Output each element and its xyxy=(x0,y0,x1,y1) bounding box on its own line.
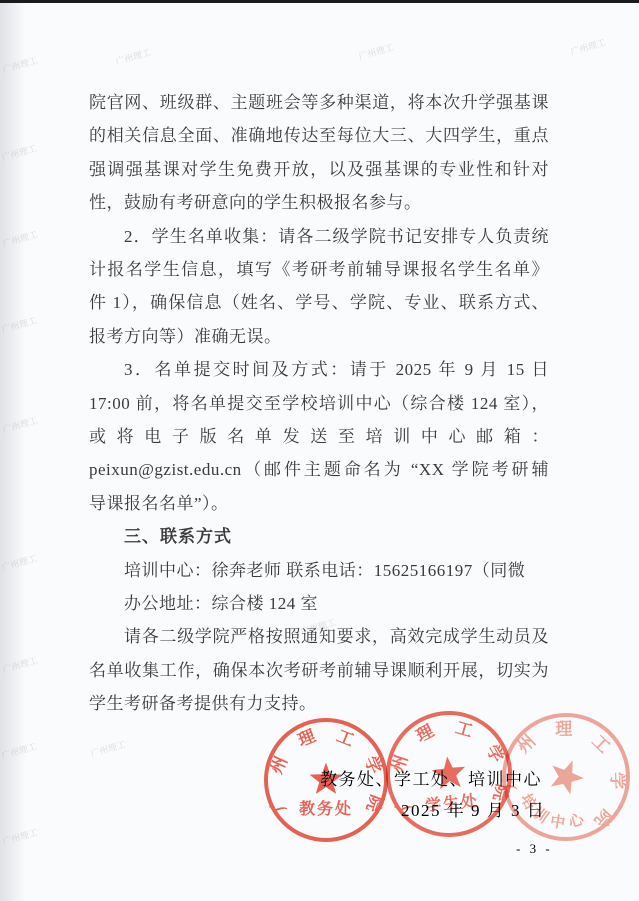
document-line: 学生考研备考提供有力支持。 xyxy=(89,691,549,718)
scanned-document-page: 院官网、班级群、主题班会等多种渠道，将本次升学强基课的相关信息全面、准确地传达至… xyxy=(0,0,639,901)
document-line: 办公地址：综合楼 124 室 xyxy=(89,591,549,618)
document-line: 3．名单提交时间及方式：请于 2025 年 9 月 15 日 xyxy=(89,357,549,384)
document-line: 名单收集工作，确保本次考研考前辅导课顺利开展，切实为 xyxy=(89,658,549,685)
section-heading: 三、联系方式 xyxy=(89,524,549,551)
signature-date: 2025 年 9 月 3 日 xyxy=(401,796,545,821)
document-line: 或将电子版名单发送至培训中心邮箱： xyxy=(89,424,549,451)
document-line: 性，鼓励有考研意向的学生积极报名参与。 xyxy=(89,190,549,217)
document-line: 2．学生名单收集：请各二级学院书记安排专人负责统 xyxy=(89,224,549,251)
document-line: peixun@gzist.edu.cn（邮件主题命名为 “XX 学院考研辅 xyxy=(89,457,549,484)
document-line: 报考方向等）准确无误。 xyxy=(89,324,549,351)
page-number: - 3 - xyxy=(516,841,553,857)
document-line: 的相关信息全面、准确地传达至每位大三、大四学生，重点 xyxy=(89,123,549,150)
document-line: 导课报名名单”）。 xyxy=(89,491,549,518)
document-line: 件 1），确保信息（姓名、学号、学院、专业、联系方式、 xyxy=(89,290,549,317)
signature-departments: 教务处、学工处、培训中心 xyxy=(320,765,542,790)
document-line: 强调强基课对学生免费开放，以及强基课的专业性和针对 xyxy=(89,157,549,184)
document-line: 请各二级学院严格按照通知要求，高效完成学生动员及 xyxy=(89,624,549,651)
document-line: 培训中心：徐奔老师 联系电话：15625166197（同微信） xyxy=(89,558,549,585)
document-line: 计报名学生信息，填写《考研考前辅导课报名学生名单》（附 xyxy=(89,257,549,284)
document-line: 17:00 前，将名单提交至学校培训中心（综合楼 124 室）， xyxy=(89,391,549,418)
document-line: 院官网、班级群、主题班会等多种渠道，将本次升学强基课 xyxy=(89,90,549,117)
